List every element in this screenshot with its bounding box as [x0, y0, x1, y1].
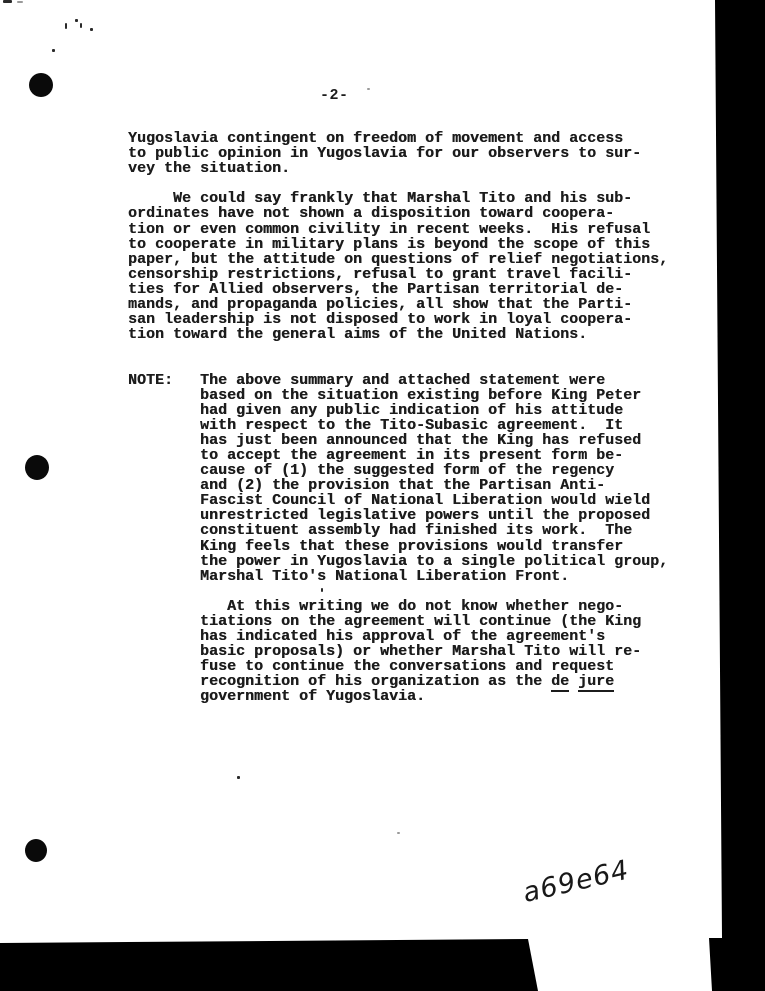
page-number: -2- — [320, 87, 349, 104]
scan-speckle — [65, 23, 67, 29]
hole-punch-mark — [29, 73, 53, 97]
scan-speckle — [75, 19, 78, 22]
scan-speckle — [3, 0, 12, 3]
scan-speckle — [90, 28, 93, 31]
scan-speckle — [237, 776, 240, 779]
scan-speckle — [17, 1, 23, 3]
scan-speckle — [80, 23, 82, 28]
hole-punch-mark — [25, 455, 49, 480]
scan-speckle — [397, 832, 400, 834]
scan-speckle — [52, 49, 55, 52]
handwritten-annotation: a69e64 — [520, 852, 644, 909]
hole-punch-mark — [25, 839, 47, 862]
document-page: -2- Yugoslavia contingent on freedom of … — [0, 0, 765, 991]
scan-speckle — [367, 88, 370, 90]
typewritten-body: Yugoslavia contingent on freedom of move… — [128, 131, 668, 705]
